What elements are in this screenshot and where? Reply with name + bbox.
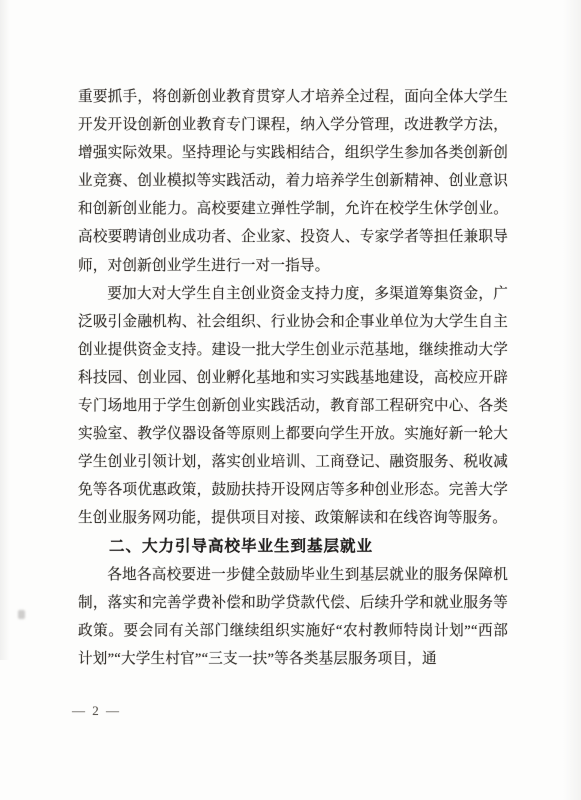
scan-artifact-speck xyxy=(18,610,25,619)
page-number: — 2 — xyxy=(72,703,121,719)
scan-edge-shadow-right xyxy=(563,0,581,800)
section-heading-grassroots-employment: 二、大力引导高校毕业生到基层就业 xyxy=(78,533,508,561)
paragraph-innovation-education: 重要抓手，将创新创业教育贯穿人才培养全过程，面向全体大学生开发开设创新创业教育专… xyxy=(78,83,508,280)
paragraph-grassroots-service: 各地各高校要进一步健全鼓励毕业生到基层就业的服务保障机制，落实和完善学费补偿和助… xyxy=(78,561,508,673)
scan-edge-shadow-left xyxy=(0,0,10,660)
document-body: 重要抓手，将创新创业教育贯穿人才培养全过程，面向全体大学生开发开设创新创业教育专… xyxy=(78,83,508,673)
paragraph-funding-support: 要加大对大学生自主创业资金支持力度，多渠道筹集资金，广泛吸引金融机构、社会组织、… xyxy=(78,280,508,533)
scanned-document-page: 重要抓手，将创新创业教育贯穿人才培养全过程，面向全体大学生开发开设创新创业教育专… xyxy=(0,0,581,800)
